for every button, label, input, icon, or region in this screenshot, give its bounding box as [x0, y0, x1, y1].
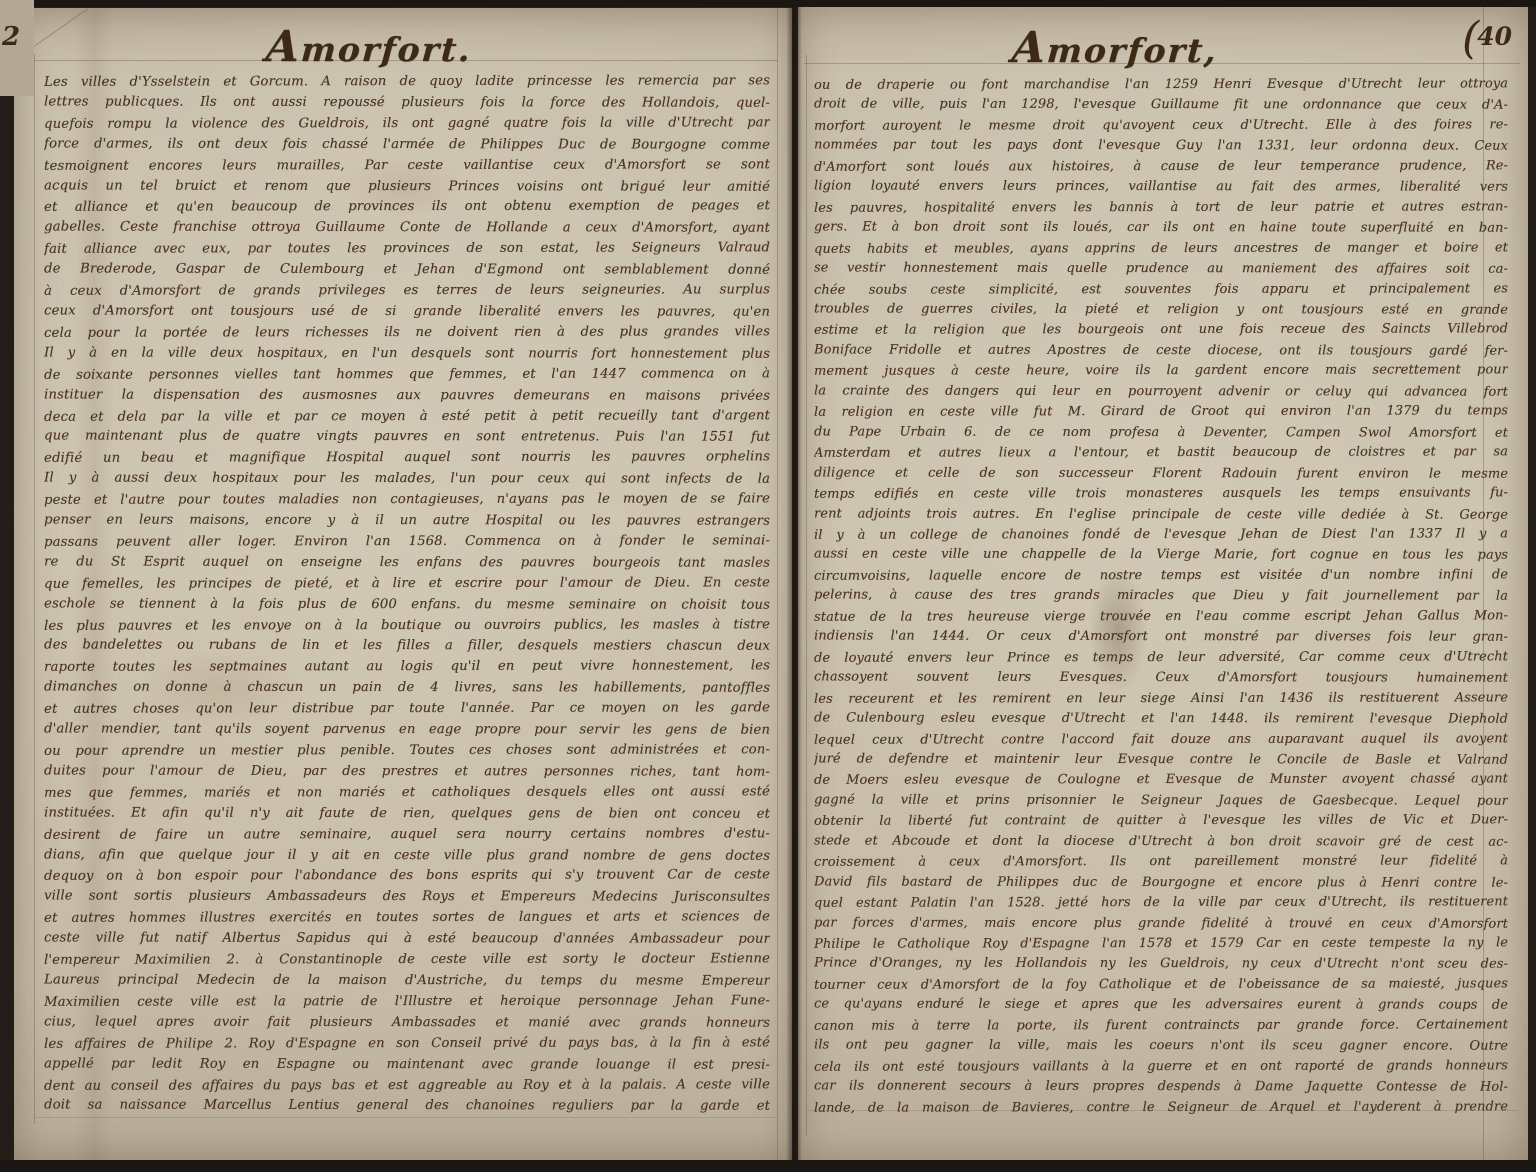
manuscript-line: morfort auroyent le mesme droit qu'avoye…: [814, 115, 1508, 137]
manuscript-line: acquis un tel bruict et renom que plusie…: [44, 176, 770, 198]
manuscript-line: Il y à en la ville deux hospitaux, en l'…: [44, 343, 770, 365]
manuscript-line: raporte toutes les septmaines autant au …: [44, 657, 770, 679]
manuscript-line: chassoyent souvent leurs Evesques. Ceux …: [814, 668, 1508, 690]
page-number-bracket: (: [1462, 13, 1477, 64]
manuscript-line: quets habits et meubles, ayans apprins d…: [814, 238, 1508, 260]
manuscript-line: de Moers esleu evesque de Coulogne et Ev…: [814, 770, 1508, 792]
manuscript-line: juré de defendre et maintenir leur Evesq…: [814, 749, 1508, 771]
manuscript-line: les affaires de Philipe 2. Roy d'Espagne…: [44, 1033, 770, 1055]
manuscript-line: car ils donnerent secours à leurs propre…: [814, 1077, 1508, 1099]
manuscript-line: peste et l'autre pour toutes maladies no…: [44, 489, 770, 511]
manuscript-line: d'Amorfort sont loués aux histoires, à c…: [814, 156, 1508, 178]
manuscript-line: la religion en ceste ville fut M. Girard…: [814, 402, 1508, 424]
manuscript-line: quel estant Palatin l'an 1528. jetté hor…: [814, 892, 1508, 914]
left-page-lines: Les villes d'Ysselstein et Gorcum. A rai…: [44, 72, 770, 1122]
manuscript-line: cela pour la portée de leurs richesses i…: [44, 322, 770, 344]
manuscript-line: ce qu'ayans enduré le siege et apres que…: [814, 995, 1508, 1017]
manuscript-line: lettres publicques. Ils ont aussi repous…: [44, 92, 770, 114]
manuscript-line: et autres choses qu'on leur distribue pa…: [44, 698, 770, 720]
manuscript-line: canon mis à terre la porte, ils furent c…: [814, 1015, 1508, 1037]
manuscript-line: ceux d'Amorsfort ont tousjours usé de si…: [44, 301, 770, 323]
left-margin-rule: [806, 55, 807, 1135]
manuscript-line: ligion loyauté envers leurs princes, vai…: [814, 177, 1508, 199]
manuscript-line: appellé par ledit Roy en Espagne ou main…: [44, 1054, 770, 1076]
manuscript-line: droit de ville, puis l'an 1298, l'evesqu…: [814, 95, 1508, 117]
manuscript-line: estime et la religion que les bourgeois …: [814, 320, 1508, 342]
manuscript-line: indiensis l'an 1444. Or ceux d'Amorsfort…: [814, 627, 1508, 649]
manuscript-line: tourner ceux d'Amorsfort de la foy Catho…: [814, 974, 1508, 996]
manuscript-line: dent au conseil des affaires du pays bas…: [44, 1075, 770, 1097]
manuscript-line: des bandelettes ou rubans de lin et les …: [44, 636, 770, 658]
manuscript-line: les pauvres, hospitalité envers les bann…: [814, 197, 1508, 219]
manuscript-line: instituer la dispensation des ausmosnes …: [44, 385, 770, 407]
manuscript-line: fait alliance avec eux, par toutes les p…: [44, 238, 770, 260]
manuscript-line: statue de la tres heureuse vierge trouvé…: [814, 606, 1508, 628]
manuscript-line: stede et Abcoude et dont la diocese d'Ut…: [814, 831, 1508, 853]
manuscript-line: que femelles, les principes de pieté, et…: [44, 573, 770, 595]
manuscript-line: lequel ceux d'Utrecht contre l'accord fa…: [814, 729, 1508, 751]
manuscript-line: re du St Esprit auquel on enseigne les e…: [44, 552, 770, 574]
manuscript-line: à ceux d'Amorsfort de grands privileges …: [44, 280, 770, 302]
photo-edge-bottom: [0, 1160, 1536, 1172]
manuscript-line: nommées par tout les pays dont l'evesque…: [814, 136, 1508, 158]
manuscript-line: mes que femmes, mariés et non mariés et …: [44, 782, 770, 804]
manuscript-line: Les villes d'Ysselstein et Gorcum. A rai…: [44, 72, 770, 94]
manuscript-line: obtenir la liberté fut contraint de quit…: [814, 811, 1508, 833]
left-margin-rule: [34, 54, 35, 1124]
right-page: Amorfort, (40 ou de draperie ou font mar…: [798, 5, 1528, 1163]
manuscript-line: il y à un college de chanoines fondé de …: [814, 524, 1508, 546]
manuscript-line: de Culenbourg esleu evesque d'Utrecht et…: [814, 708, 1508, 730]
manuscript-line: Maximilien ceste ville est la patrie de …: [44, 991, 770, 1013]
manuscript-line: du Pape Urbain 6. de ce nom profesa à De…: [814, 422, 1508, 444]
manuscript-line: diligence et celle de son successeur Flo…: [814, 463, 1508, 485]
manuscript-line: Boniface Fridolle et autres Apostres de …: [814, 340, 1508, 362]
manuscript-line: l'empereur Maximilien 2. à Constantinopl…: [44, 949, 770, 971]
manuscript-line: les plus pauvres et les envoye on à la b…: [44, 615, 770, 637]
manuscript-line: et autres hommes illustres exercités en …: [44, 907, 770, 929]
manuscript-line: cius, lequel apres avoir fait plusieurs …: [44, 1012, 770, 1034]
manuscript-line: mement jusques à ceste heure, voire ils …: [814, 361, 1508, 383]
manuscript-line: dimanches on donne à chascun un pain de …: [44, 678, 770, 700]
manuscript-line: dequoy on à bon espoir pour l'abondance …: [44, 866, 770, 888]
manuscript-line: gagné la ville et prins prisonnier le Se…: [814, 790, 1508, 812]
manuscript-line: instituées. Et afin qu'il n'y ait faute …: [44, 803, 770, 825]
right-page-heading: Amorfort,: [1010, 23, 1219, 73]
manuscript-line: que maintenant plus de quatre vingts pau…: [44, 427, 770, 449]
manuscript-line: dians, afin que quelque jour il y ait en…: [44, 845, 770, 867]
manuscript-line: duites pour l'amour de Dieu, par des pre…: [44, 761, 770, 783]
manuscript-line: gers. Et à bon droit sont ils loués, car…: [814, 218, 1508, 240]
center-fold-shadow: [786, 0, 802, 1172]
manuscript-line: David fils bastard de Philippes duc de B…: [814, 872, 1508, 894]
manuscript-line: circumvoisins, laquelle encore de nostre…: [814, 565, 1508, 587]
manuscript-line: Laureus principal Medecin de la maison d…: [44, 970, 770, 992]
manuscript-line: troubles de guerres civiles, la pieté et…: [814, 299, 1508, 321]
left-page-heading: Amorfort.: [264, 22, 473, 72]
manuscript-line: temps edifiés en ceste ville trois monas…: [814, 483, 1508, 505]
manuscript-line: chée soubs ceste simplicité, est souvent…: [814, 279, 1508, 301]
manuscript-line: rent adjoints trois autres. En l'eglise …: [814, 504, 1508, 526]
manuscript-line: ville sont sortis plusieurs Ambassadeurs…: [44, 887, 770, 909]
manuscript-line: Philipe le Catholique Roy d'Espagne l'an…: [814, 933, 1508, 955]
manuscript-line: ceste ville fut natif Albertus Sapidus q…: [44, 929, 770, 951]
right-margin-rule: [777, 8, 778, 1160]
manuscript-line: gabelles. Ceste franchise ottroya Guilla…: [44, 218, 770, 240]
manuscript-line: Il y à aussi deux hospitaux pour les mal…: [44, 469, 770, 491]
left-page: Amorfort. Les villes d'Ysselstein et Gor…: [14, 8, 792, 1160]
manuscript-line: et alliance et qu'en beaucoup de provinc…: [44, 197, 770, 219]
manuscript-line: desirent de faire un autre seminaire, au…: [44, 824, 770, 846]
manuscript-line: ou pour aprendre un mestier plus penible…: [44, 740, 770, 762]
manuscript-line: eschole se tiennent à la fois plus de 60…: [44, 594, 770, 616]
manuscript-line: penser en leurs maisons, encore y à il u…: [44, 510, 770, 532]
manuscript-line: edifié un beau et magnifique Hospital au…: [44, 448, 770, 470]
manuscript-line: pelerins, à cause des tres grands miracl…: [814, 586, 1508, 608]
manuscript-line: force d'armes, ils ont deux fois chassé …: [44, 134, 770, 156]
manuscript-line: deca et dela par la ville et par ce moye…: [44, 406, 770, 428]
photo-edge-top: [0, 0, 1536, 7]
manuscript-line: ou de draperie ou font marchandise l'an …: [814, 75, 1508, 96]
manuscript-line: tesmoignent encores leurs murailles, Par…: [44, 155, 770, 177]
manuscript-line: lande, de la maison de Bavieres, contre …: [814, 1097, 1508, 1119]
manuscript-line: les receurent et les remirent en leur si…: [814, 688, 1508, 710]
manuscript-line: Prince d'Oranges, ny les Hollandois ny l…: [814, 954, 1508, 976]
manuscript-line: quefois rompu la violence des Gueldrois,…: [44, 113, 770, 135]
left-page-number-partial: 2: [2, 22, 20, 52]
manuscript-line: de Brederode, Gaspar de Culembourg et Je…: [44, 260, 770, 282]
manuscript-line: ils ont peu gagner la ville, mais les co…: [814, 1036, 1508, 1058]
manuscript-line: par forces d'armes, mais encore plus gra…: [814, 913, 1508, 935]
manuscript-photo: 2 Amorfort. Les villes d'Ysselstein et G…: [0, 0, 1536, 1172]
manuscript-line: de soixante personnes vielles tant homme…: [44, 364, 770, 386]
manuscript-line: se vestir honnestement mais quelle prude…: [814, 258, 1508, 280]
manuscript-line: passans peuvent aller loger. Environ l'a…: [44, 531, 770, 553]
manuscript-line: d'aller mendier, tant qu'ils soyent parv…: [44, 719, 770, 741]
right-page-lines: ou de draperie ou font marchandise l'an …: [814, 75, 1508, 1125]
manuscript-line: cela ils ont esté tousjours vaillants à …: [814, 1056, 1508, 1078]
manuscript-line: doit sa naissance Marcellus Lentius gene…: [44, 1096, 770, 1118]
manuscript-line: croissement à ceux d'Amorsfort. Ils ont …: [814, 851, 1508, 873]
page-number: (40: [1462, 13, 1512, 64]
manuscript-line: Amsterdam et autres lieux a l'entour, et…: [814, 442, 1508, 464]
manuscript-line: de loyauté envers leur Prince es temps d…: [814, 647, 1508, 669]
manuscript-line: aussi en ceste ville une chappelle de la…: [814, 545, 1508, 567]
manuscript-line: la crainte des dangers qui leur en pourr…: [814, 381, 1508, 403]
